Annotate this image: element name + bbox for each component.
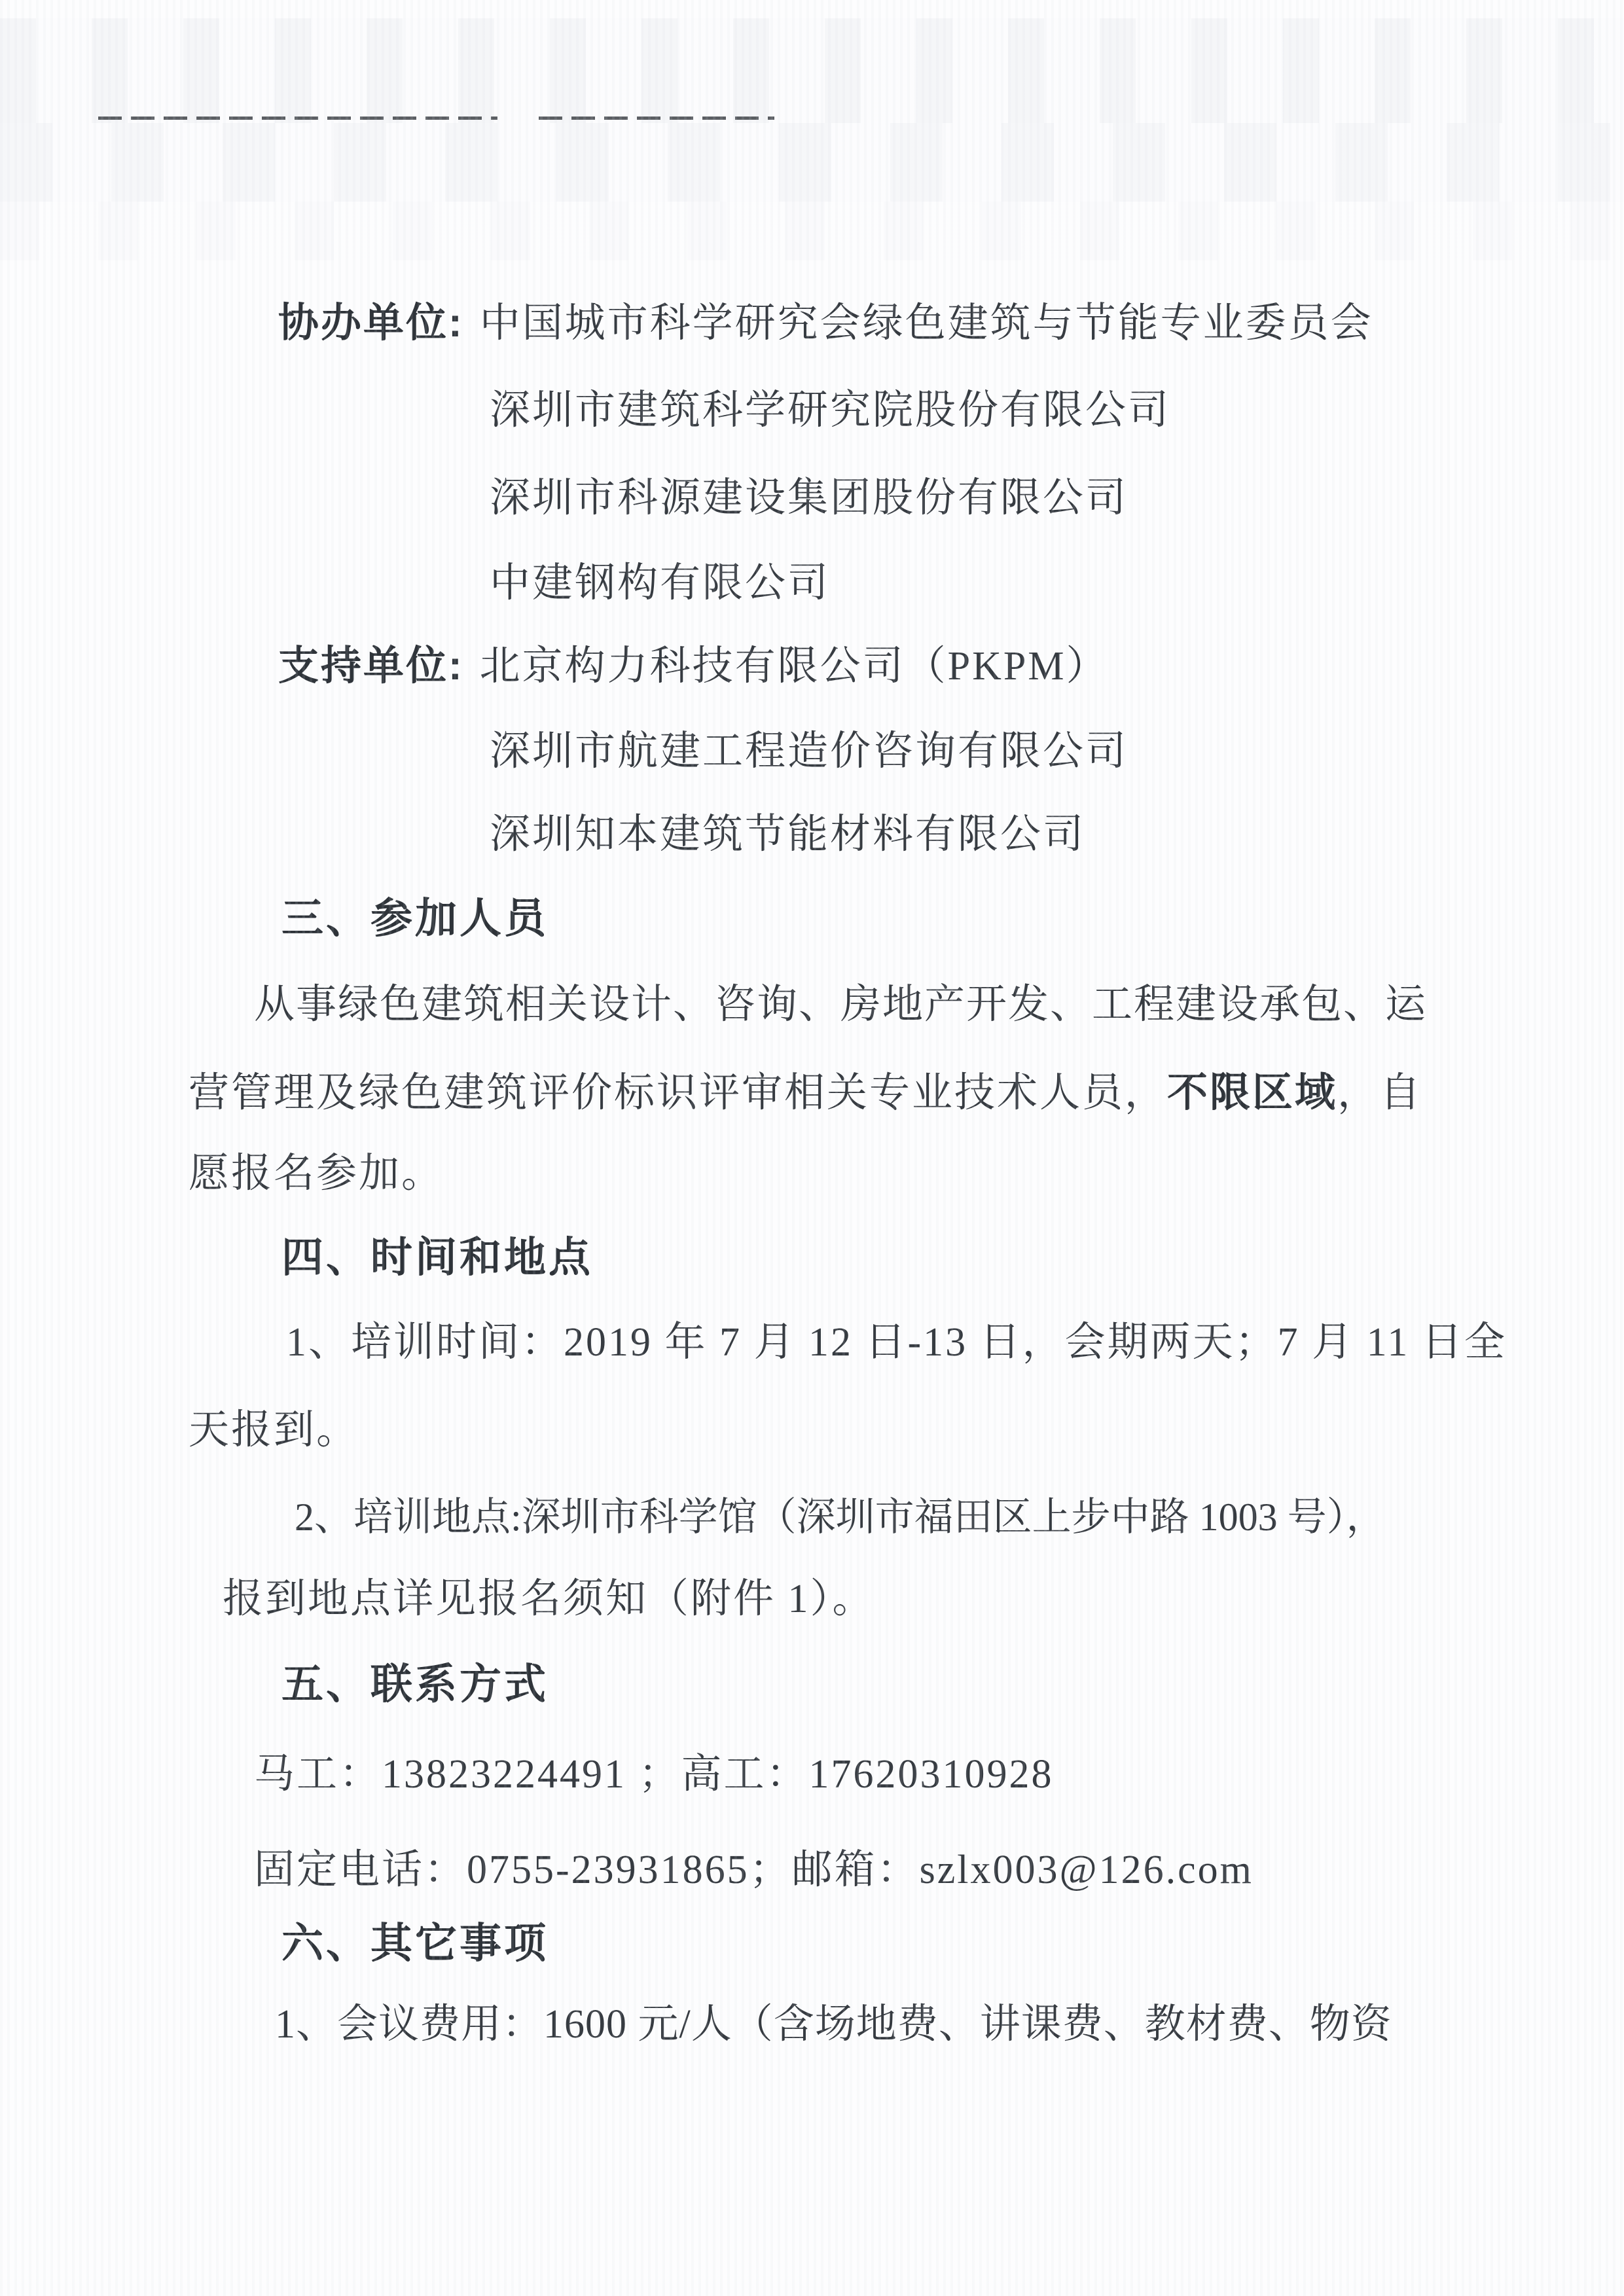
scan-artifact-line: [539, 117, 774, 120]
section-heading-contact: 五、联系方式: [281, 1661, 549, 1707]
co-organizer-item: 中建钢构有限公司: [490, 560, 830, 607]
supporters-label: 支持单位:: [278, 643, 464, 689]
scan-artifact-line: [98, 117, 497, 120]
paragraph-line: 愿报名参加。: [189, 1151, 444, 1197]
co-organizers-row: 协办单位:中国城市科学研究会绿色建筑与节能专业委员会: [278, 300, 1373, 347]
contact-landline-email-line: 固定电话：0755-23931865；邮箱：szlx003@126.com: [254, 1847, 1254, 1893]
paragraph-text: 营管理及绿色建筑评价标识评审相关专业技术人员，: [189, 1071, 1167, 1115]
paragraph-line: 1、会议费用：1600 元/人（含场地费、讲课费、教材费、物资: [275, 2001, 1392, 2048]
co-organizer-item: 深圳市建筑科学研究院股份有限公司: [490, 387, 1170, 434]
contact-phones-line: 马工：13823224491 ；高工：17620310928: [254, 1751, 1054, 1798]
section-heading-other: 六、其它事项: [281, 1920, 549, 1966]
section-heading-participants: 三、参加人员: [281, 895, 549, 941]
paragraph-line: 1、培训时间：2019 年 7 月 12 日-13 日，会期两天；7 月 11 …: [286, 1319, 1507, 1366]
co-organizer-item: 深圳市科源建设集团股份有限公司: [490, 475, 1128, 522]
co-organizer-item: 中国城市科学研究会绿色建筑与节能专业委员会: [480, 301, 1373, 346]
co-organizers-label: 协办单位:: [278, 300, 464, 346]
scan-noise-band: [0, 123, 1624, 202]
supporter-item: 深圳知本建筑节能材料有限公司: [490, 812, 1085, 858]
supporter-item: 北京构力科技有限公司（PKPM）: [480, 644, 1109, 689]
paragraph-text: ，自: [1337, 1071, 1422, 1115]
emphasis-text: 不限区域: [1167, 1070, 1337, 1115]
paragraph-line: 从事绿色建筑相关设计、咨询、房地产开发、工程建设承包、运: [254, 982, 1427, 1028]
section-heading-time-place: 四、时间和地点: [281, 1234, 593, 1280]
paragraph-line: 报到地点详见报名须知（附件 1）。: [223, 1576, 875, 1623]
supporter-item: 深圳市航建工程造价咨询有限公司: [490, 728, 1128, 775]
paragraph-line: 天报到。: [189, 1407, 359, 1454]
paragraph-line: 2、培训地点:深圳市科学馆（深圳市福田区上步中路 1003 号），: [295, 1495, 1386, 1540]
scan-noise-band: [0, 18, 1624, 123]
paragraph-line: 营管理及绿色建筑评价标识评审相关专业技术人员，不限区域，自: [189, 1069, 1422, 1117]
scanned-document-page: 协办单位:中国城市科学研究会绿色建筑与节能专业委员会 深圳市建筑科学研究院股份有…: [0, 0, 1624, 2296]
scan-noise-band: [0, 202, 1624, 260]
supporters-row: 支持单位:北京构力科技有限公司（PKPM）: [278, 643, 1109, 690]
